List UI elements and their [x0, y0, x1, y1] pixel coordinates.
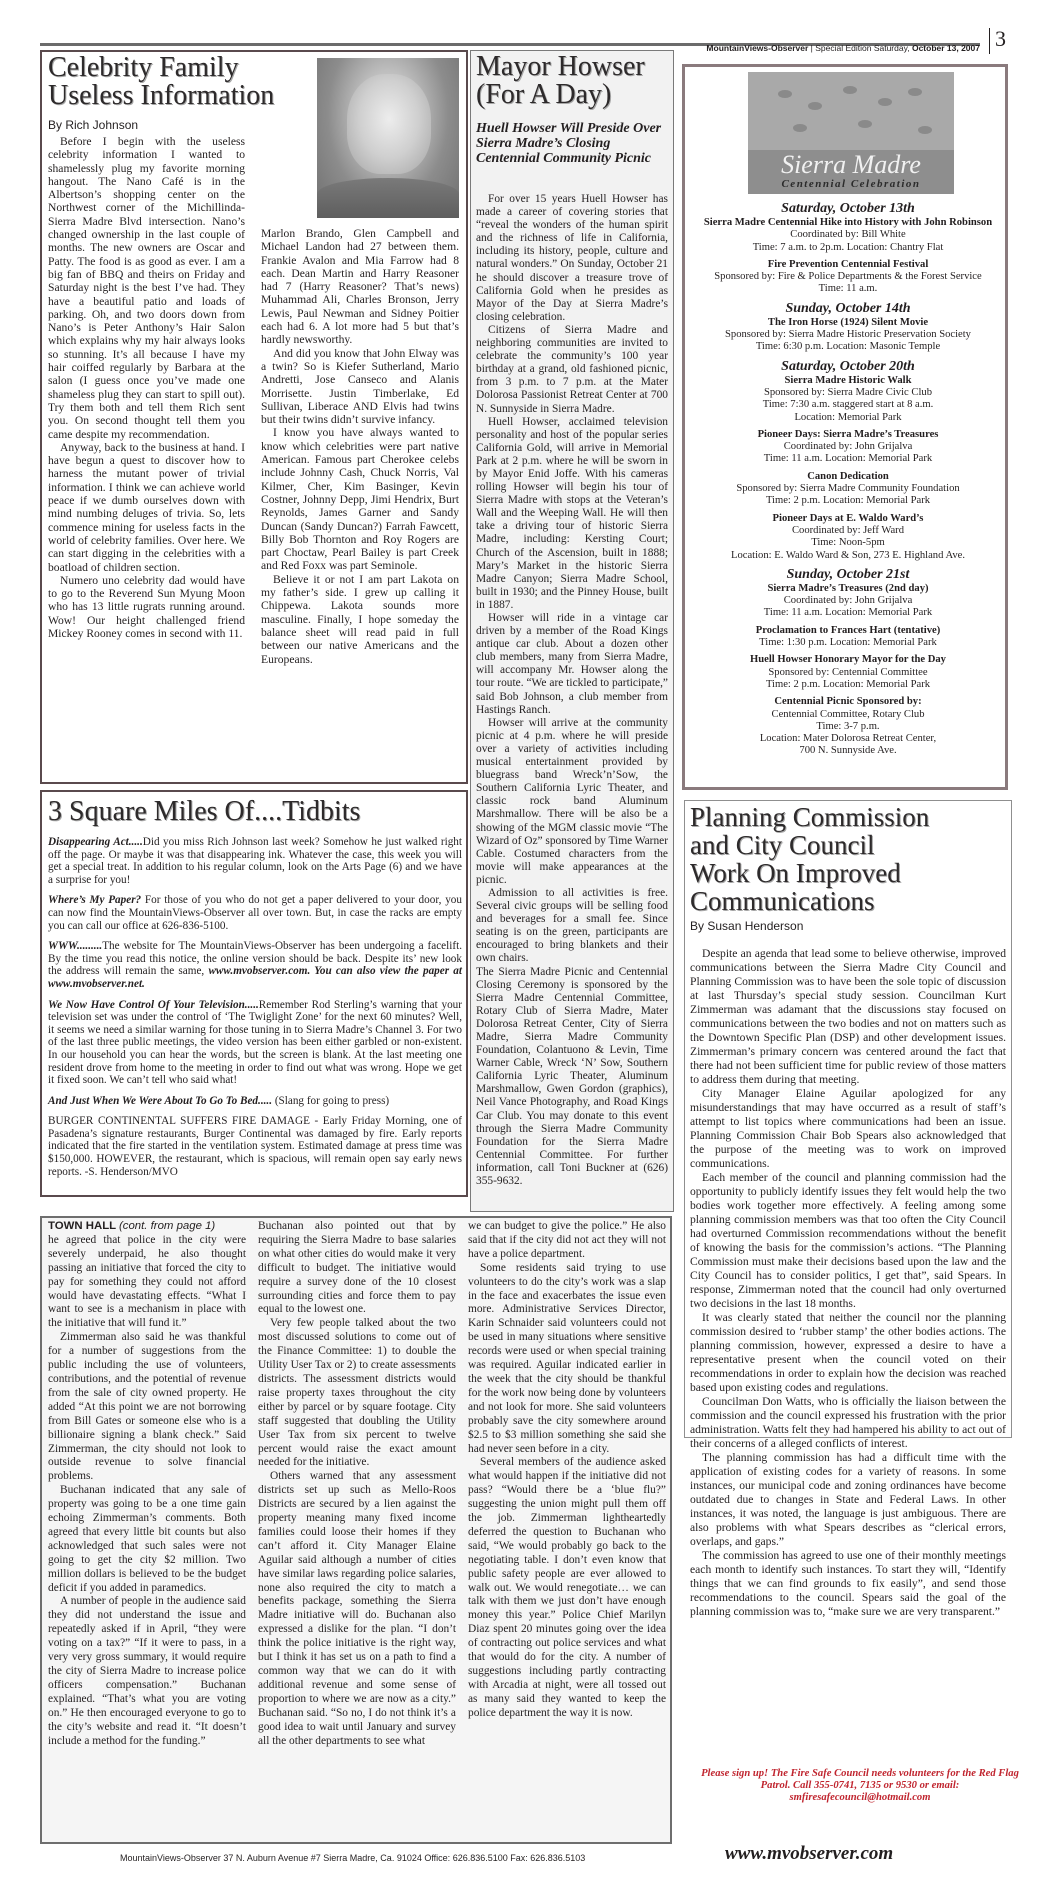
day-heading: Sunday, October 21st	[689, 567, 1007, 583]
celebrity-title-line1: Celebrity Family	[48, 54, 308, 82]
event-title: Sierra Madre’s Treasures (2nd day)	[689, 583, 1007, 595]
day-heading: Saturday, October 13th	[689, 201, 1007, 217]
paragraph: Huell Howser, acclaimed television perso…	[476, 416, 668, 612]
tidbit-lead: We Now Have Control Of Your Television..…	[48, 999, 259, 1011]
tidbits-title: 3 Square Miles Of....Tidbits	[48, 798, 360, 826]
event-line: Sponsored by: Sierra Madre Civic Club	[689, 387, 1007, 399]
event-line: Time: 11 a.m. Location: Memorial Park	[689, 607, 1007, 619]
tidbit-lead: And Just When We Were About To Go To Bed…	[48, 1095, 272, 1107]
paragraph: he agreed that police in the city were s…	[48, 1234, 246, 1331]
continued-note: (cont. from page 1)	[119, 1220, 215, 1232]
celebrity-column-1: Before I begin with the useless celebrit…	[48, 135, 245, 640]
tidbit-text: Remember Rod Sterling’s warning that you…	[48, 999, 462, 1087]
edition-label: Special Edition Saturday,	[815, 43, 909, 53]
paragraph: Others warned that any assessment distri…	[258, 1470, 456, 1748]
event-line: Time: 11 a.m.	[689, 283, 1007, 295]
event-line: Time: Noon-5pm	[689, 537, 1007, 549]
event-item: Sierra Madre Historic Walk Sponsored by:…	[689, 375, 1007, 424]
event-line: Location: E. Waldo Ward & Son, 273 E. Hi…	[689, 550, 1007, 562]
paragraph: Believe it or not I am part Lakota on my…	[261, 573, 459, 666]
paragraph: Some residents said trying to use volunt…	[468, 1262, 666, 1457]
event-title: Sierra Madre Historic Walk	[689, 375, 1007, 387]
paragraph: Marlon Brando, Glen Campbell and Michael…	[261, 227, 459, 347]
centennial-events-box: Sierra Madre Centennial Celebration Satu…	[682, 64, 1008, 790]
paragraph: Very few people talked about the two mos…	[258, 1317, 456, 1470]
planning-title-line: Communications	[690, 887, 929, 915]
mayor-title-line1: Mayor Howser	[476, 53, 645, 81]
mayor-title-line2: (For A Day)	[476, 81, 645, 109]
footer-address: MountainViews-Observer 37 N. Auburn Aven…	[120, 1853, 585, 1863]
townhall-article: TOWN HALL (cont. from page 1) he agreed …	[40, 1216, 672, 1844]
event-line: Coordinated by: Bill White	[689, 229, 1007, 241]
page-number: 3	[995, 26, 1006, 52]
event-day: Saturday, October 20th Sierra Madre Hist…	[689, 359, 1007, 562]
centennial-logo: Sierra Madre Centennial Celebration	[748, 72, 954, 194]
event-line: Time: 2 p.m. Location: Memorial Park	[689, 679, 1007, 691]
townhall-column-3: we can budget to give the police.” He al…	[468, 1220, 666, 1721]
event-line: 700 N. Sunnyside Ave.	[689, 745, 1007, 757]
event-day: Sunday, October 21st Sierra Madre’s Trea…	[689, 567, 1007, 758]
paragraph: The Sierra Madre Picnic and Centennial C…	[476, 966, 668, 1189]
tidbit-lead: Where’s My Paper?	[48, 894, 141, 906]
event-title: Pioneer Days: Sierra Madre’s Treasures	[689, 429, 1007, 441]
event-title: Proclamation to Frances Hart (tentative)	[689, 625, 1007, 637]
event-line: Location: Memorial Park	[689, 412, 1007, 424]
event-item: Sierra Madre’s Treasures (2nd day) Coord…	[689, 583, 1007, 620]
paragraph: Buchanan also pointed out that by requir…	[258, 1220, 456, 1317]
paragraph: Howser will ride in a vintage car driven…	[476, 612, 668, 717]
paragraph: Zimmerman also said he was thankful for …	[48, 1331, 246, 1484]
day-heading: Sunday, October 14th	[689, 301, 1007, 317]
event-line: Time: 11 a.m. Location: Memorial Park	[689, 453, 1007, 465]
paragraph: It was clearly stated that neither the c…	[690, 1311, 1006, 1395]
masthead: MountainViews-Observer | Special Edition…	[680, 43, 980, 53]
tidbits-list: Disappearing Act.....Did you miss Rich J…	[48, 836, 462, 1186]
tidbit-item: Disappearing Act.....Did you miss Rich J…	[48, 836, 462, 886]
event-line: Time: 7 a.m. to 2p.m. Location: Chantry …	[689, 242, 1007, 254]
paragraph: I know you have always wanted to know wh…	[261, 426, 459, 572]
event-item: Huell Howser Honorary Mayor for the Day …	[689, 654, 1007, 691]
tidbits-box: 3 Square Miles Of....Tidbits Disappearin…	[40, 790, 468, 1197]
tidbit-text: (Slang for going to press)	[272, 1095, 389, 1107]
planning-title: Planning Commission and City Council Wor…	[690, 803, 929, 915]
logo-subtitle: Centennial Celebration	[748, 178, 954, 190]
event-item: Sierra Madre Centennial Hike into Histor…	[689, 217, 1007, 254]
event-title: Sierra Madre Centennial Hike into Histor…	[689, 217, 1007, 229]
townhall-kicker: TOWN HALL	[48, 1220, 116, 1232]
tidbit-lead: Disappearing Act.....	[48, 836, 143, 848]
tidbit-item: We Now Have Control Of Your Television..…	[48, 999, 462, 1087]
paragraph: And did you know that John Elway was a t…	[261, 347, 459, 427]
celebrity-title-line2: Useless Information	[48, 82, 308, 110]
event-title: Pioneer Days at E. Waldo Ward’s	[689, 513, 1007, 525]
mayor-article: Mayor Howser (For A Day) Huell Howser Wi…	[470, 50, 674, 1212]
mayor-body: For over 15 years Huell Howser has made …	[476, 193, 668, 1188]
event-line: Coordinated by: John Grijalva	[689, 595, 1007, 607]
event-line: Time: 7:30 a.m. staggered start at 8 a.m…	[689, 399, 1007, 411]
tidbit-item: And Just When We Were About To Go To Bed…	[48, 1095, 462, 1108]
event-day: Sunday, October 14th The Iron Horse (192…	[689, 301, 1007, 354]
paragraph: For over 15 years Huell Howser has made …	[476, 193, 668, 324]
event-line: Coordinated by: Jeff Ward	[689, 525, 1007, 537]
event-line: Sponsored by: Sierra Madre Community Fou…	[689, 483, 1007, 495]
page-number-divider	[989, 28, 990, 54]
tidbit-text: BURGER CONTINENTAL SUFFERS FIRE DAMAGE -…	[48, 1115, 462, 1177]
event-line: Coordinated by: John Grijalva	[689, 441, 1007, 453]
event-line: Centennial Committee, Rotary Club	[689, 709, 1007, 721]
event-line: Time: 3-7 p.m.	[689, 721, 1007, 733]
paragraph: Howser will arrive at the community picn…	[476, 717, 668, 887]
columnist-photo	[317, 58, 459, 218]
event-line: Sponsored by: Sierra Madre Historic Pres…	[689, 329, 1007, 341]
celebrity-article: Celebrity Family Useless Information By …	[40, 50, 468, 784]
event-title: Huell Howser Honorary Mayor for the Day	[689, 654, 1007, 666]
mayor-title: Mayor Howser (For A Day)	[476, 53, 645, 109]
townhall-column-2: Buchanan also pointed out that by requir…	[258, 1220, 456, 1748]
event-item: Centennial Picnic Sponsored by: Centenni…	[689, 696, 1007, 757]
paper-name: MountainViews-Observer	[706, 43, 808, 53]
paragraph: A number of people in the audience said …	[48, 1595, 246, 1748]
event-line: Time: 1:30 p.m. Location: Memorial Park	[689, 637, 1007, 649]
paragraph: Anyway, back to the business at hand. I …	[48, 441, 245, 574]
event-line: Sponsored by: Fire & Police Departments …	[689, 271, 1007, 283]
fire-safe-notice: Please sign up! The Fire Safe Council ne…	[700, 1768, 1020, 1804]
paragraph: Despite an agenda that lead some to beli…	[690, 947, 1006, 1087]
paragraph: Buchanan indicated that any sale of prop…	[48, 1484, 246, 1595]
issue-date: October 13, 2007	[912, 43, 980, 53]
planning-byline: By Susan Henderson	[690, 919, 803, 933]
event-line: Sponsored by: Centennial Committee	[689, 667, 1007, 679]
paragraph: Admission to all activities is free. Sev…	[476, 887, 668, 966]
celebrity-byline: By Rich Johnson	[48, 118, 138, 132]
event-item: The Iron Horse (1924) Silent Movie Spons…	[689, 317, 1007, 354]
planning-article: Planning Commission and City Council Wor…	[684, 800, 1012, 1438]
tidbit-item: WWW.........The website for The Mountain…	[48, 940, 462, 990]
paragraph: Several members of the audience asked wh…	[468, 1456, 666, 1720]
event-item: Fire Prevention Centennial Festival Spon…	[689, 259, 1007, 296]
event-title: Centennial Picnic Sponsored by:	[689, 696, 1007, 708]
celebrity-title: Celebrity Family Useless Information	[48, 54, 308, 110]
paragraph: we can budget to give the police.” He al…	[468, 1220, 666, 1262]
event-item: Canon Dedication Sponsored by: Sierra Ma…	[689, 471, 1007, 508]
event-title: Fire Prevention Centennial Festival	[689, 259, 1007, 271]
celebrity-column-2: Marlon Brando, Glen Campbell and Michael…	[261, 227, 459, 666]
paragraph: Before I begin with the useless celebrit…	[48, 135, 245, 441]
tidbit-item: BURGER CONTINENTAL SUFFERS FIRE DAMAGE -…	[48, 1115, 462, 1178]
planning-title-line: and City Council	[690, 831, 929, 859]
event-title: The Iron Horse (1924) Silent Movie	[689, 317, 1007, 329]
planning-title-line: Planning Commission	[690, 803, 929, 831]
paragraph: Each member of the council and planning …	[690, 1171, 1006, 1311]
event-item: Proclamation to Frances Hart (tentative)…	[689, 625, 1007, 650]
footer-website-link[interactable]: www.mvobserver.com	[725, 1843, 893, 1865]
event-item: Pioneer Days: Sierra Madre’s Treasures C…	[689, 429, 1007, 466]
paragraph: The planning commission has had a diffic…	[690, 1451, 1006, 1549]
logo-title: Sierra Madre	[748, 150, 954, 180]
event-item: Pioneer Days at E. Waldo Ward’s Coordina…	[689, 513, 1007, 562]
paragraph: The commission has agreed to use one of …	[690, 1549, 1006, 1619]
paragraph: Numero uno celebrity dad would have to g…	[48, 574, 245, 640]
paragraph: Citizens of Sierra Madre and neighboring…	[476, 324, 668, 416]
paragraph: Councilman Don Watts, who is officially …	[690, 1395, 1006, 1451]
planning-title-line: Work On Improved	[690, 859, 929, 887]
tidbit-lead: WWW.........	[48, 940, 102, 952]
townhall-column-1: TOWN HALL (cont. from page 1) he agreed …	[48, 1220, 246, 1748]
events-list: Saturday, October 13th Sierra Madre Cent…	[689, 197, 1007, 763]
mayor-subhead: Huell Howser Will Preside Over Sierra Ma…	[476, 121, 668, 166]
tidbit-item: Where’s My Paper? For those of you who d…	[48, 894, 462, 932]
event-title: Canon Dedication	[689, 471, 1007, 483]
event-line: Time: 2 p.m. Location: Memorial Park	[689, 495, 1007, 507]
event-day: Saturday, October 13th Sierra Madre Cent…	[689, 201, 1007, 296]
event-line: Time: 6:30 p.m. Location: Masonic Temple	[689, 341, 1007, 353]
event-line: Location: Mater Dolorosa Retreat Center,	[689, 733, 1007, 745]
day-heading: Saturday, October 20th	[689, 359, 1007, 375]
planning-body: Despite an agenda that lead some to beli…	[690, 947, 1006, 1619]
paragraph: City Manager Elaine Aguilar apologized f…	[690, 1087, 1006, 1171]
